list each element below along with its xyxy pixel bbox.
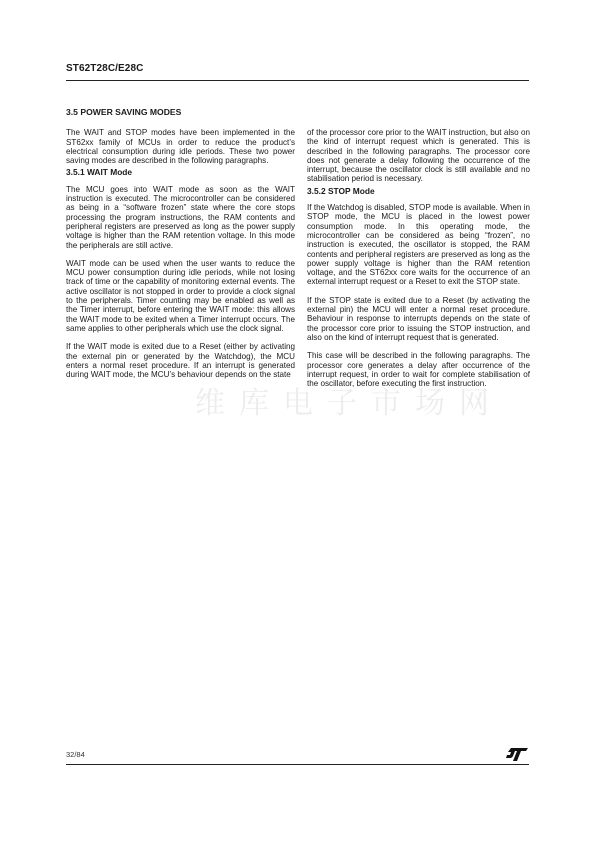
stop-mode-paragraph: If the STOP state is exited due to a Res… [307,296,530,342]
stop-mode-heading: 3.5.2 STOP Mode [307,187,530,196]
section-intro: The WAIT and STOP modes have been implem… [66,128,295,165]
page-number: 32/84 [66,750,85,759]
wait-mode-paragraph: If the WAIT mode is exited due to a Rese… [66,342,295,379]
wait-mode-heading: 3.5.1 WAIT Mode [66,168,295,177]
stop-mode-paragraph: If the Watchdog is disabled, STOP mode i… [307,203,530,287]
watermark: 维库电子市场网 [195,378,503,422]
wait-mode-paragraph: of the processor core prior to the WAIT … [307,128,530,184]
right-column: of the processor core prior to the WAIT … [307,128,530,397]
page-header: ST62T28C/E28C [66,63,529,74]
header-rule [66,80,529,81]
st-logo-icon [506,748,528,761]
footer-rule [66,764,529,765]
left-column: 3.5 POWER SAVING MODES The WAIT and STOP… [66,108,295,388]
wait-mode-paragraph: The MCU goes into WAIT mode as soon as t… [66,185,295,250]
section-heading: 3.5 POWER SAVING MODES [66,108,295,117]
document-title: ST62T28C/E28C [66,63,529,74]
wait-mode-paragraph: WAIT mode can be used when the user want… [66,259,295,333]
